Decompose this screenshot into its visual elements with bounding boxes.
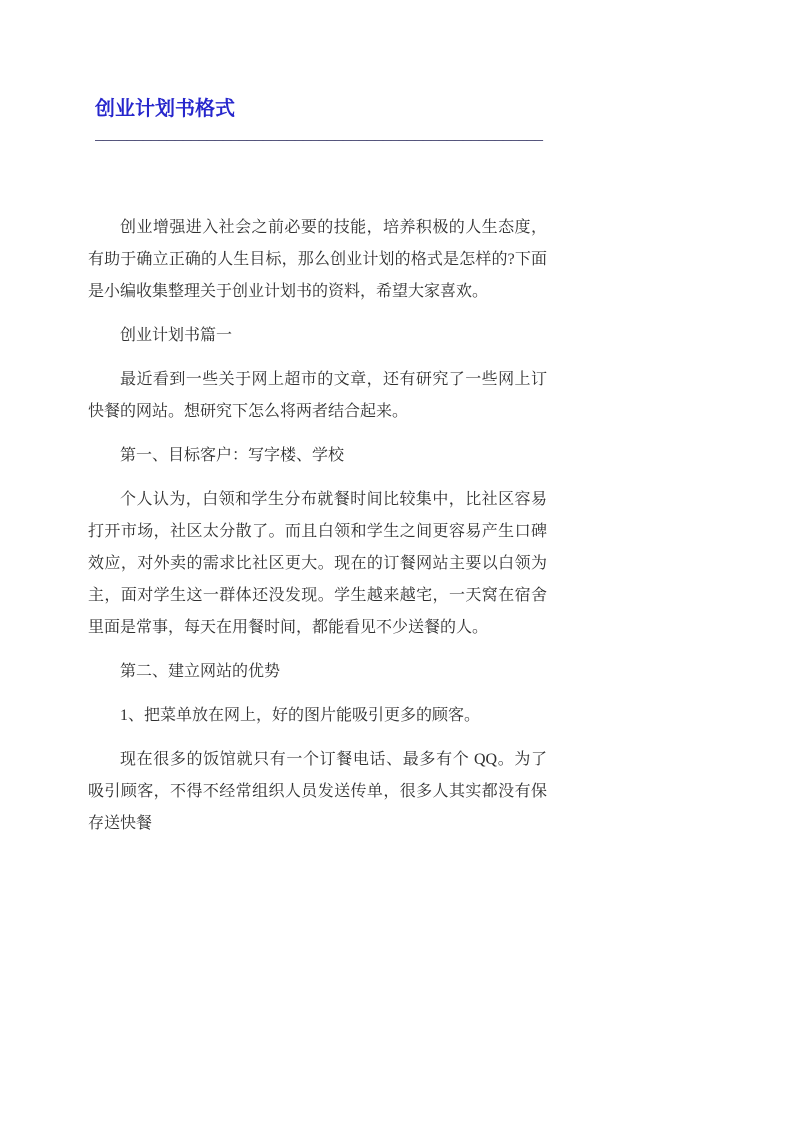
- body-paragraph: 个人认为，白领和学生分布就餐时间比较集中，比社区容易打开市场，社区太分散了。而且…: [88, 484, 547, 644]
- document-page: 创业计划书格式 ________________________________…: [0, 0, 800, 1132]
- section-heading: 第一、目标客户：写字楼、学校: [88, 440, 547, 472]
- body-paragraph: 创业增强进入社会之前必要的技能，培养积极的人生态度，有助于确立正确的人生目标，那…: [88, 212, 547, 308]
- document-body: 创业增强进入社会之前必要的技能，培养积极的人生态度，有助于确立正确的人生目标，那…: [88, 212, 547, 852]
- document-title: 创业计划书格式: [95, 92, 235, 121]
- section-heading: 第二、建立网站的优势: [88, 656, 547, 688]
- body-paragraph: 1、把菜单放在网上，好的图片能吸引更多的顾客。: [88, 700, 547, 732]
- divider-line: ________________________________________…: [95, 124, 555, 146]
- section-heading: 创业计划书篇一: [88, 320, 547, 352]
- body-paragraph: 现在很多的饭馆就只有一个订餐电话、最多有个 QQ。为了吸引顾客，不得不经常组织人…: [88, 744, 547, 840]
- body-paragraph: 最近看到一些关于网上超市的文章，还有研究了一些网上订快餐的网站。想研究下怎么将两…: [88, 364, 547, 428]
